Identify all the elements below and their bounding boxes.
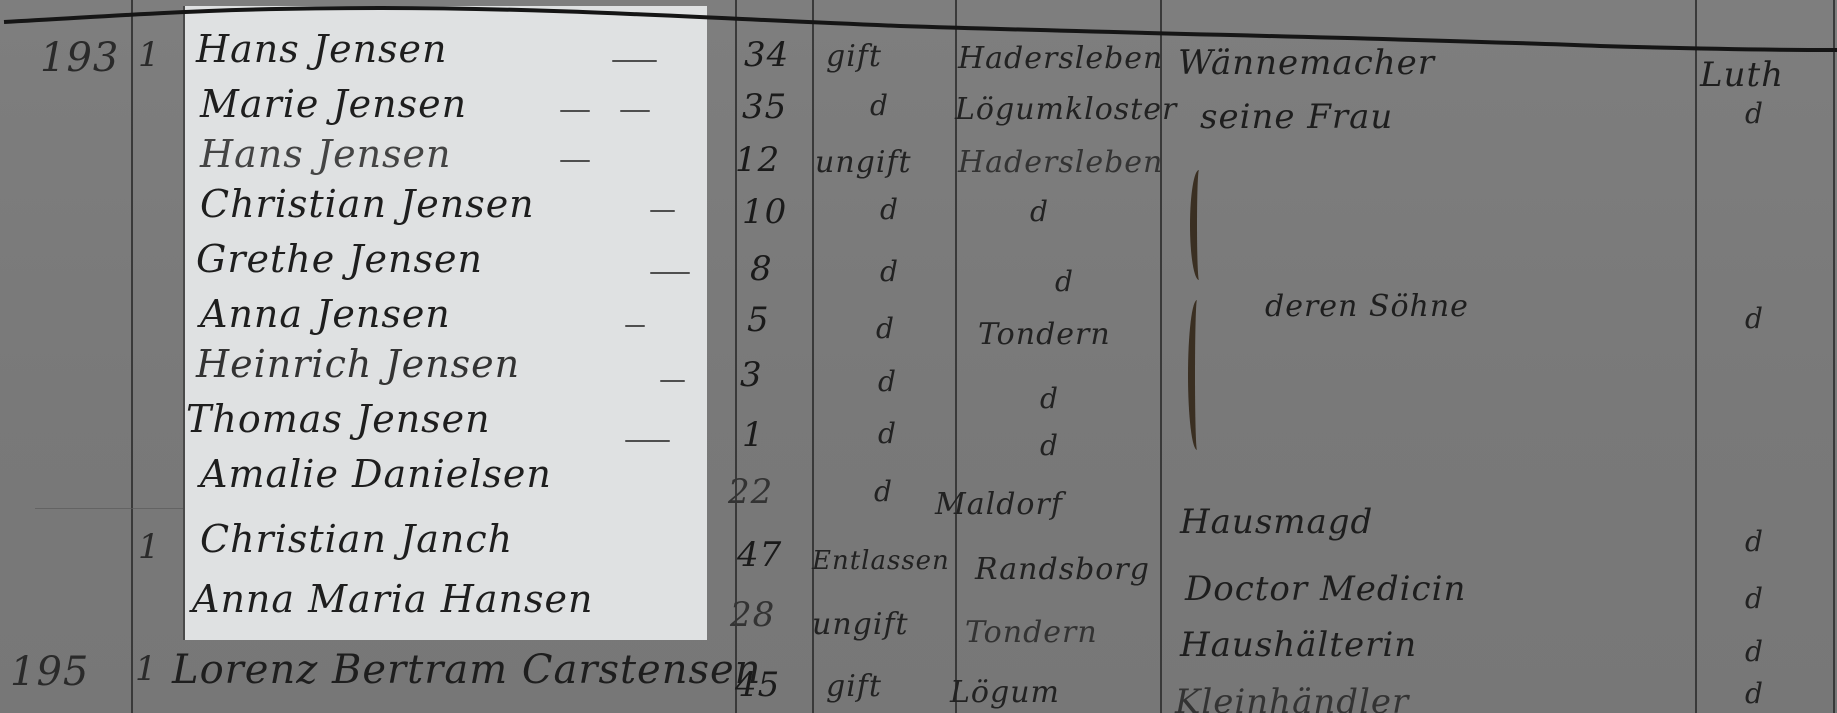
person-name: Anna Jensen <box>200 295 451 333</box>
row-rule <box>35 508 185 509</box>
religion: d <box>1745 100 1764 128</box>
person-name: Grethe Jensen <box>196 240 483 278</box>
family-marker: 1 <box>135 652 158 686</box>
filler-dash <box>620 110 650 112</box>
person-name: Amalie Danielsen <box>200 455 552 493</box>
household-number: 195 <box>10 652 89 692</box>
age: 34 <box>744 38 789 72</box>
age: 8 <box>750 252 773 286</box>
person-name: Lorenz Bertram Carstensen <box>172 650 761 690</box>
age: 5 <box>747 303 770 337</box>
person-name: Heinrich Jensen <box>196 345 520 383</box>
marital-status: d <box>878 420 897 448</box>
person-name: Christian Jensen <box>200 185 535 223</box>
age: 45 <box>735 668 780 702</box>
birthplace: d <box>1030 198 1049 226</box>
person-name: Marie Jensen <box>200 85 467 123</box>
marital-status: d <box>880 258 899 286</box>
birthplace: Lögum <box>950 678 1060 708</box>
column-rule <box>1695 0 1697 713</box>
filler-dash <box>650 210 675 212</box>
religion: d <box>1745 638 1764 666</box>
birthplace: Tondern <box>978 320 1111 350</box>
filler-dash <box>612 60 657 62</box>
person-name: Hans Jensen <box>196 30 448 68</box>
birthplace: Maldorf <box>935 490 1063 520</box>
birthplace: Lögumkloster <box>955 95 1177 125</box>
marital-status: Entlassen <box>812 548 950 574</box>
occupation: seine Frau <box>1200 100 1393 134</box>
filler-dash <box>660 380 685 382</box>
occupation: Doctor Medicin <box>1185 572 1466 606</box>
register-page: 193 1 1 195 1 Hans Jensen Marie Jensen H… <box>0 0 1837 713</box>
marital-status: ungift <box>812 610 909 640</box>
person-name: Anna Maria Hansen <box>192 580 593 618</box>
column-rule <box>131 0 133 713</box>
filler-dash <box>650 272 690 274</box>
bracket-icon <box>1190 170 1208 280</box>
religion: d <box>1745 585 1764 613</box>
birthplace: d <box>1040 385 1059 413</box>
occupation: Haushälterin <box>1180 628 1417 662</box>
filler-dash <box>625 325 645 327</box>
birthplace: Randsborg <box>975 555 1150 585</box>
person-name: Thomas Jensen <box>186 400 491 438</box>
age: 22 <box>728 475 773 509</box>
marital-status: ungift <box>815 148 912 178</box>
religion: Luth <box>1700 58 1784 92</box>
age: 28 <box>730 598 775 632</box>
age: 12 <box>735 143 780 177</box>
marital-status: d <box>870 92 889 120</box>
marital-status: d <box>874 478 893 506</box>
bracket-icon <box>1188 300 1206 450</box>
birthplace: d <box>1055 268 1074 296</box>
family-marker: 1 <box>138 38 161 72</box>
birthplace: Hadersleben <box>958 148 1163 178</box>
marital-status: d <box>876 315 895 343</box>
age: 3 <box>740 358 763 392</box>
filler-dash <box>625 440 670 442</box>
column-rule <box>1833 0 1835 713</box>
person-name: Christian Janch <box>200 520 513 558</box>
occupation-bracket-label: deren Söhne <box>1265 292 1469 322</box>
occupation: Kleinhändler <box>1175 685 1409 713</box>
birthplace: d <box>1040 432 1059 460</box>
age: 47 <box>737 538 782 572</box>
age: 10 <box>742 195 787 229</box>
religion: d <box>1745 305 1764 333</box>
filler-dash <box>560 110 590 112</box>
birthplace: Hadersleben <box>958 44 1163 74</box>
family-marker: 1 <box>138 530 161 564</box>
birthplace: Tondern <box>965 618 1098 648</box>
marital-status: d <box>878 368 897 396</box>
marital-status: gift <box>826 672 882 702</box>
religion: d <box>1745 680 1764 708</box>
person-name: Hans Jensen <box>200 135 452 173</box>
age: 1 <box>742 418 765 452</box>
occupation: Hausmagd <box>1180 505 1373 539</box>
religion: d <box>1745 528 1764 556</box>
marital-status: d <box>880 196 899 224</box>
marital-status: gift <box>826 42 882 72</box>
household-number: 193 <box>40 38 119 78</box>
occupation: Wännemacher <box>1178 46 1435 80</box>
age: 35 <box>742 90 787 124</box>
filler-dash <box>560 160 590 162</box>
